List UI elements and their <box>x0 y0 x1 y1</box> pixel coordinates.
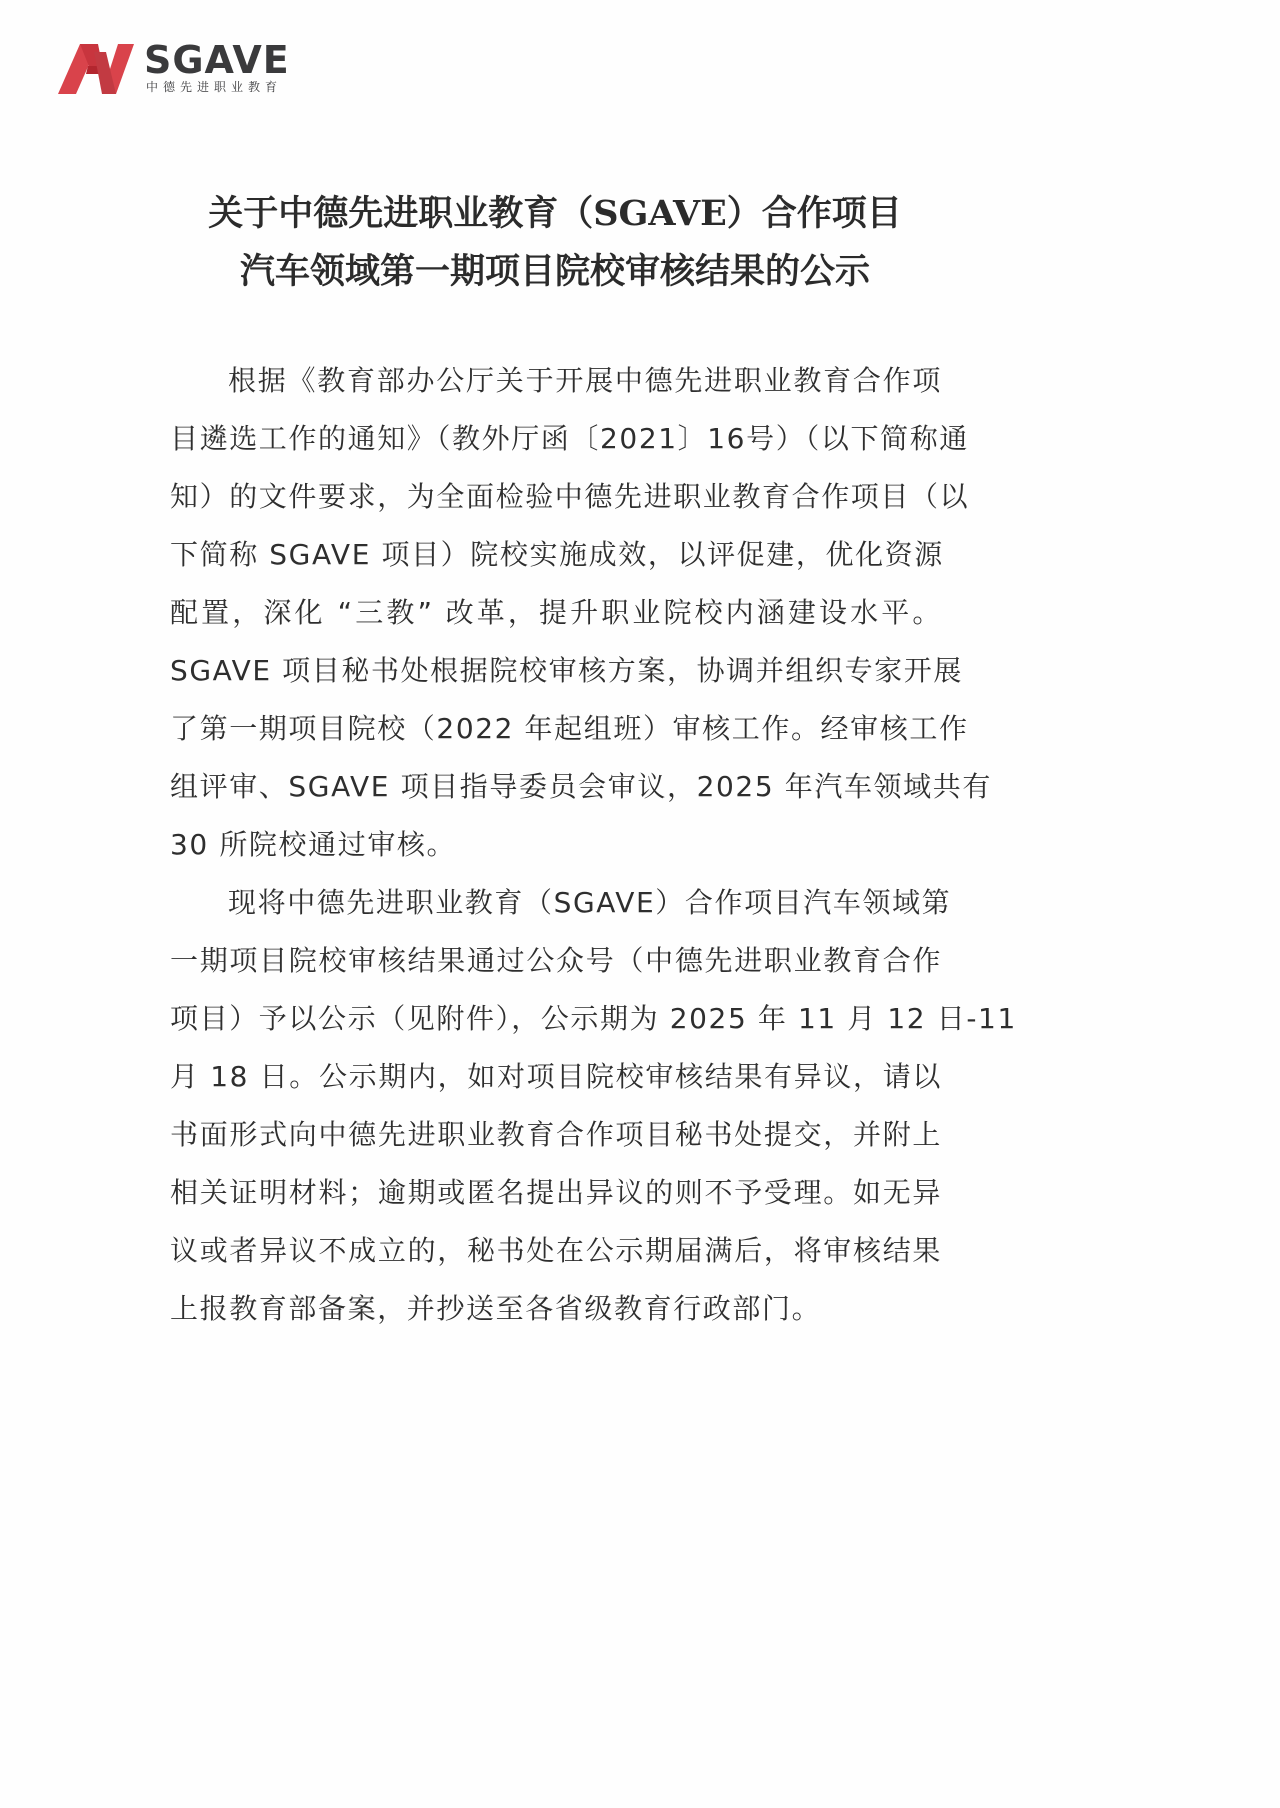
paragraph-line: 项目）予以公示（见附件），公示期为 2025 年 11 月 12 日-11 <box>170 990 942 1048</box>
logo-wordmark: SGAVE <box>144 40 290 80</box>
paragraph-line: 知）的文件要求，为全面检验中德先进职业教育合作项目（以 <box>170 468 942 526</box>
document-title-line-1: 关于中德先进职业教育（SGAVE）合作项目 <box>0 194 1110 234</box>
paragraph-line: 议或者异议不成立的，秘书处在公示期届满后，将审核结果 <box>170 1222 942 1280</box>
paragraph-line: 现将中德先进职业教育（SGAVE）合作项目汽车领域第 <box>170 874 942 932</box>
sgave-logo-mark-icon <box>58 44 134 94</box>
document-body: 根据《教育部办公厅关于开展中德先进职业教育合作项 目遴选工作的通知》（教外厅函〔… <box>170 352 942 1338</box>
paragraph-2: 现将中德先进职业教育（SGAVE）合作项目汽车领域第 一期项目院校审核结果通过公… <box>170 874 942 1338</box>
paragraph-line: 上报教育部备案，并抄送至各省级教育行政部门。 <box>170 1280 942 1338</box>
paragraph-line: 相关证明材料；逾期或匿名提出异议的则不予受理。如无异 <box>170 1164 942 1222</box>
document-page: SGAVE 中德先进职业教育 关于中德先进职业教育（SGAVE）合作项目 汽车领… <box>0 0 1280 1808</box>
paragraph-line: 一期项目院校审核结果通过公众号（中德先进职业教育合作 <box>170 932 942 990</box>
paragraph-line: 目遴选工作的通知》（教外厅函〔2021〕16号）（以下简称通 <box>170 410 942 468</box>
logo-subtitle: 中德先进职业教育 <box>146 80 282 94</box>
paragraph-line: 月 18 日。公示期内，如对项目院校审核结果有异议，请以 <box>170 1048 942 1106</box>
sgave-logo: SGAVE 中德先进职业教育 <box>58 40 288 100</box>
paragraph-line: 配置，深化 “三教” 改革，提升职业院校内涵建设水平。 <box>170 584 942 642</box>
document-title-line-2: 汽车领域第一期项目院校审核结果的公示 <box>0 252 1110 292</box>
paragraph-line: 30 所院校通过审核。 <box>170 816 942 874</box>
paragraph-line: SGAVE 项目秘书处根据院校审核方案，协调并组织专家开展 <box>170 642 942 700</box>
paragraph-1: 根据《教育部办公厅关于开展中德先进职业教育合作项 目遴选工作的通知》（教外厅函〔… <box>170 352 942 874</box>
paragraph-line: 根据《教育部办公厅关于开展中德先进职业教育合作项 <box>170 352 942 410</box>
paragraph-line: 书面形式向中德先进职业教育合作项目秘书处提交，并附上 <box>170 1106 942 1164</box>
paragraph-line: 了第一期项目院校（2022 年起组班）审核工作。经审核工作 <box>170 700 942 758</box>
paragraph-line: 下简称 SGAVE 项目）院校实施成效，以评促建，优化资源 <box>170 526 942 584</box>
paragraph-line: 组评审、SGAVE 项目指导委员会审议，2025 年汽车领域共有 <box>170 758 942 816</box>
